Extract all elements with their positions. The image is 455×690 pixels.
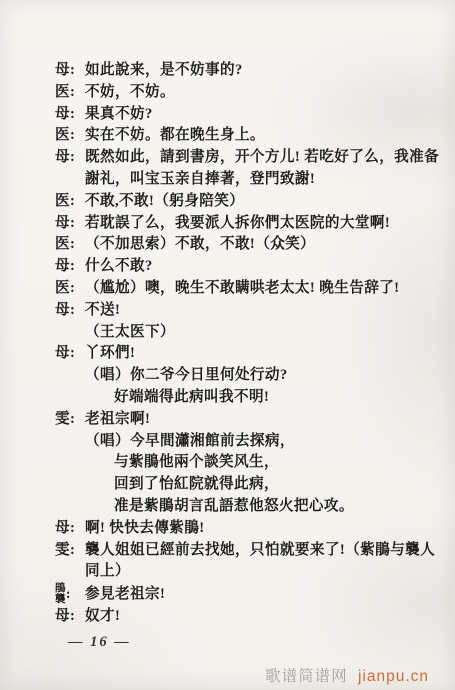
- script-line: 母: 果真不妨?: [55, 104, 441, 126]
- speaker-label: 母:: [55, 213, 85, 235]
- line-text: 不敢,不敢!（躬身陪笑）: [85, 191, 244, 213]
- speaker-label: 鵑襲:: [55, 583, 85, 606]
- line-text: 若耽誤了么，我要派人拆你們太医院的大堂啊!: [85, 213, 390, 235]
- script-line: 鵑襲: 参見老祖宗!: [55, 583, 441, 606]
- script-line: 母: 奴才!: [55, 606, 441, 628]
- watermark-site-url: jianpu.cn: [358, 668, 429, 685]
- speaker-label: 医:: [55, 82, 85, 104]
- speaker-label: 母:: [55, 606, 85, 628]
- line-text: 好端端得此病叫我不明!: [114, 387, 269, 409]
- watermark: 歌谱简谱网 jianpu.cn: [265, 664, 429, 686]
- speaker-label: 医:: [55, 234, 85, 256]
- speaker-label: 雯:: [55, 409, 85, 431]
- line-text: 实在不妨。都在晚生身上。: [85, 125, 265, 147]
- line-text: （王太医下）: [85, 322, 175, 344]
- line-text: 准是紫鵑胡言乱語惹他怒火把心攻。: [114, 496, 354, 518]
- line-text: 奴才!: [85, 606, 120, 628]
- line-text: 丫环們!: [85, 343, 135, 365]
- speaker-label: 医:: [55, 278, 85, 300]
- script-line: 母: 不送!: [55, 300, 441, 322]
- line-text: （不加思索）不敢，不敢!（众笑）: [85, 234, 315, 256]
- script-line: 雯: 老祖宗啊!: [55, 409, 441, 431]
- line-text: 謝礼，叫宝玉亲自捧著，登門致謝!: [85, 169, 315, 191]
- script-line: 与紫鵑他兩个談笑风生，: [55, 452, 441, 474]
- line-text: 老祖宗啊!: [85, 409, 150, 431]
- script-line: 母: 既然如此，請到書房，开个方儿! 若吃好了么，我准备: [55, 147, 441, 169]
- line-text: 果真不妨?: [85, 104, 153, 126]
- line-text: 不妨，不妨。: [85, 82, 175, 104]
- line-text: 啊! 快快去傳紫鵑!: [85, 518, 205, 540]
- speaker-label: 母:: [55, 300, 85, 322]
- line-text: 参見老祖宗!: [85, 583, 165, 606]
- script-line: 雯: 襲人姐姐已經前去找她，只怕就要来了!（紫鵑与襲人: [55, 540, 441, 562]
- line-text: 襲人姐姐已經前去找她，只怕就要来了!（紫鵑与襲人: [85, 540, 435, 562]
- script-line: 医: 不敢,不敢!（躬身陪笑）: [55, 191, 441, 213]
- watermark-site-name: 歌谱简谱网: [265, 668, 348, 685]
- script-line: 謝礼，叫宝玉亲自捧著，登門致謝!: [55, 169, 441, 191]
- line-text: 同上）: [85, 561, 130, 583]
- speaker-label: 医:: [55, 125, 85, 147]
- line-text: （唱）你二爷今日里何处行动?: [85, 365, 288, 387]
- speaker-label: 母:: [55, 518, 85, 540]
- script-line: 母: 丫环們!: [55, 343, 441, 365]
- page-number: — 16 —: [68, 634, 131, 651]
- speaker-label: 母:: [55, 104, 85, 126]
- line-text: 不送!: [85, 300, 120, 322]
- speaker-label: 母:: [55, 256, 85, 278]
- script-line: 准是紫鵑胡言乱語惹他怒火把心攻。: [55, 496, 441, 518]
- script-line: （唱）你二爷今日里何处行动?: [55, 365, 441, 387]
- script-line: 医: （尴尬）噢，晚生不敢瞒哄老太太! 晚生告辞了!: [55, 278, 441, 300]
- script-body: 母: 如此說来，是不妨事的? 医: 不妨，不妨。 母: 果真不妨? 医: 实在不…: [55, 60, 441, 628]
- line-text: （尴尬）噢，晚生不敢瞒哄老太太! 晚生告辞了!: [85, 278, 399, 300]
- script-line: 母: 什么不敢?: [55, 256, 441, 278]
- speaker-label: 雯:: [55, 540, 85, 562]
- script-line: 同上）: [55, 561, 441, 583]
- script-line: 医: （不加思索）不敢，不敢!（众笑）: [55, 234, 441, 256]
- line-text: 什么不敢?: [85, 256, 153, 278]
- speaker-label: 母:: [55, 343, 85, 365]
- speaker-label: 医:: [55, 191, 85, 213]
- script-line: 好端端得此病叫我不明!: [55, 387, 441, 409]
- script-line: 母: 啊! 快快去傳紫鵑!: [55, 518, 441, 540]
- script-line: 回到了怡紅院就得此病，: [55, 474, 441, 496]
- script-line: （唱）今早間瀟湘館前去探病，: [55, 431, 441, 453]
- line-text: 既然如此，請到書房，开个方儿! 若吃好了么，我准备: [85, 147, 439, 169]
- script-line: 母: 如此說来，是不妨事的?: [55, 60, 441, 82]
- line-text: 如此說来，是不妨事的?: [85, 60, 243, 82]
- line-text: 回到了怡紅院就得此病，: [114, 474, 279, 496]
- script-line: 母: 若耽誤了么，我要派人拆你們太医院的大堂啊!: [55, 213, 441, 235]
- script-line: （王太医下）: [55, 322, 441, 344]
- speaker-label: 母:: [55, 60, 85, 82]
- line-text: 与紫鵑他兩个談笑风生，: [114, 452, 279, 474]
- line-text: （唱）今早間瀟湘館前去探病，: [85, 431, 295, 453]
- speaker-label: 母:: [55, 147, 85, 169]
- scanned-script-page: 母: 如此說来，是不妨事的? 医: 不妨，不妨。 母: 果真不妨? 医: 实在不…: [0, 0, 455, 690]
- script-line: 医: 实在不妨。都在晚生身上。: [55, 125, 441, 147]
- script-line: 医: 不妨，不妨。: [55, 82, 441, 104]
